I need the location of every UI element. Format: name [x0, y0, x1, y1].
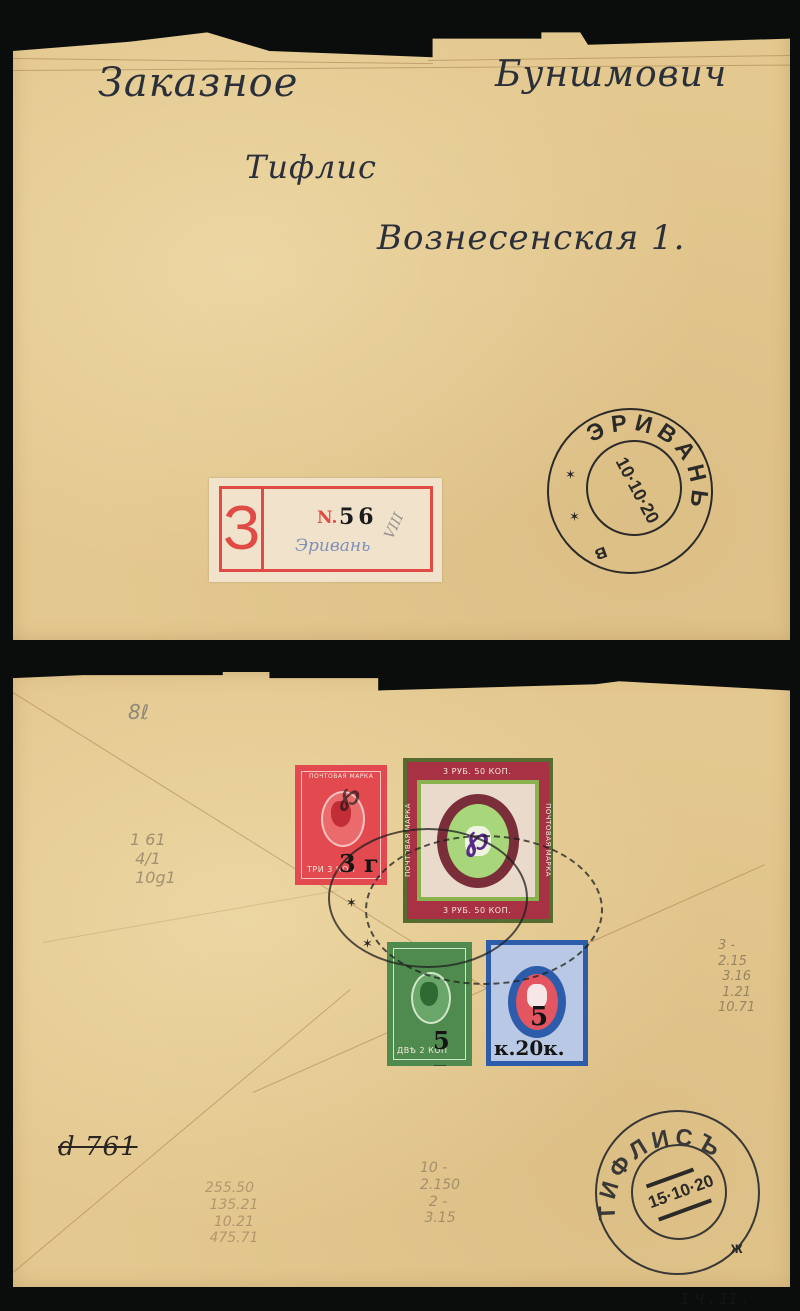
pencil-mark-left: 1 61 4/1 10g1 [130, 830, 176, 888]
pencil-calc-right-middle: 3 - 2.15 3.16 1.21 10.71 [718, 938, 755, 1016]
star-icon: ✶ [362, 937, 373, 952]
registration-number: 56 [339, 504, 378, 530]
postmark-erivan: ЭРИВАНЬ 10·10·20 ✶ ✶ в [547, 408, 713, 574]
pencil-mark-top-left: 8ℓ [128, 700, 149, 724]
registration-number-prefix: N. [317, 508, 337, 528]
postmark-tiflis: ТИФЛИСЪ 15·10·20 ж [595, 1110, 760, 1275]
star-icon: ✶ [346, 896, 357, 911]
pencil-calc-center: 255.50 135.21 10.21 475.71 [205, 1180, 258, 1247]
star-icon: ✶ [565, 468, 576, 483]
pencil-mark-bottom-right: 1 Ч . 11 . [680, 1290, 748, 1308]
handwriting-addressee: Буншмович [495, 54, 727, 95]
registration-city: Эривань [295, 536, 370, 556]
handwriting-street: Вознесенская 1. [377, 218, 685, 258]
handwriting-registered: Заказное [98, 60, 298, 106]
registration-letter: З [223, 494, 257, 564]
fold-crease [43, 890, 339, 943]
handwriting-city: Тифлис [245, 148, 377, 186]
postmark-index: ж [731, 1240, 742, 1258]
eagle-icon [420, 982, 438, 1006]
manuscript-mark: d 761 [58, 1132, 138, 1162]
overprint-value: 5 [530, 1002, 548, 1032]
oval-cancel [365, 835, 603, 985]
overprint-value: 5 г [433, 1026, 472, 1066]
pencil-calc-right: 10 - 2.150 2 - 3.15 [420, 1160, 460, 1227]
overprint-surcharge: к.20к. [494, 1036, 565, 1060]
registration-label: З N. 56 Эривань VIII [209, 478, 442, 582]
star-icon: ✶ [569, 510, 580, 525]
